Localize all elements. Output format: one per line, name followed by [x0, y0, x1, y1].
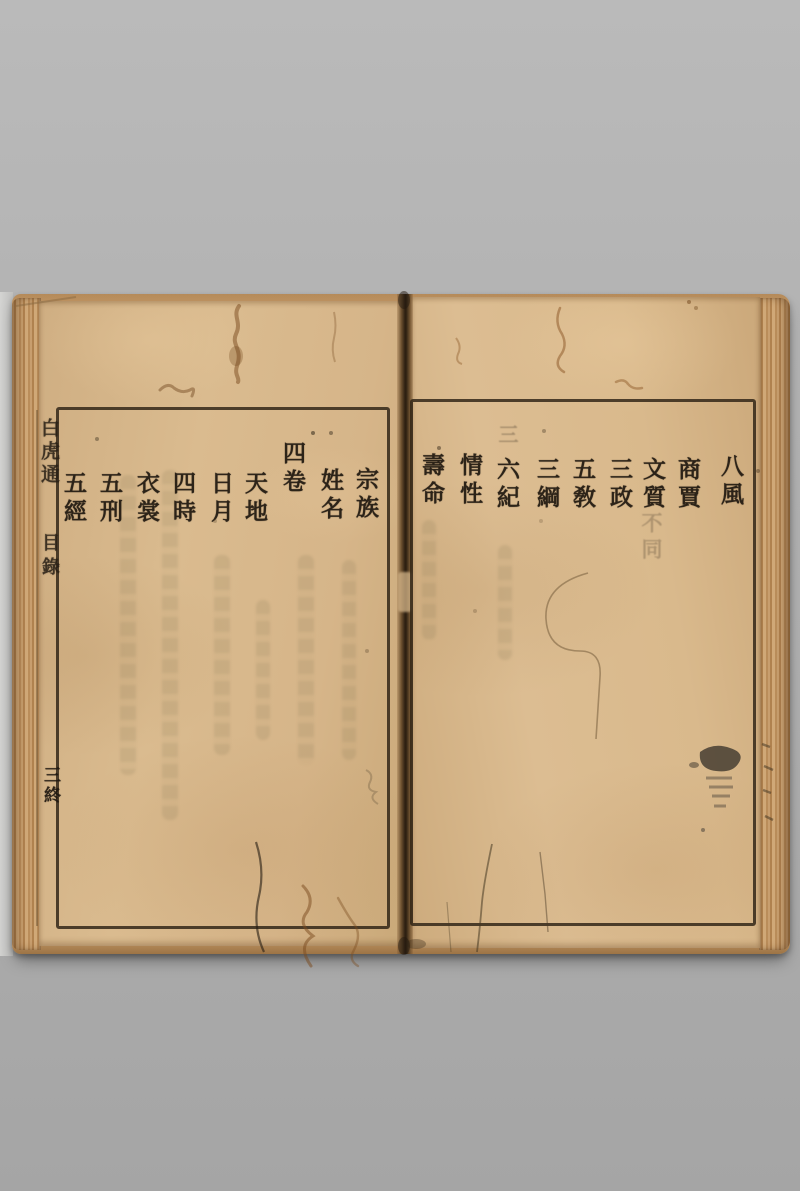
chapter-shouming: 壽命 [419, 453, 442, 509]
showthrough-column [214, 555, 230, 755]
chapter-wujing: 五經 [61, 471, 84, 527]
photograph-of-open-book: 八風 商賈 文質 三政 五敎 三綱 六紀 情性 壽命 三 不同 宗族 姓名 四卷… [0, 0, 800, 1191]
chapter-tiandi: 天地 [242, 471, 265, 527]
chapter-wenzhi: 文質 [640, 457, 663, 513]
volume-four-marker: 四卷 [280, 441, 303, 497]
banxin-book-title: 白虎通 [39, 418, 58, 487]
chapter-wuxing: 五刑 [97, 471, 120, 527]
right-fore-edge-page-stack [759, 298, 790, 950]
chapter-xingming: 姓名 [318, 468, 341, 524]
banxin-section-label: 目錄 [40, 533, 58, 581]
faint-offset-mark: 不同 [640, 512, 661, 564]
showthrough-column [256, 600, 270, 740]
chapter-sangang: 三綱 [534, 457, 557, 513]
banxin-folio-number: 三終 [41, 766, 58, 806]
chapter-zongzu: 宗族 [353, 467, 376, 523]
faint-offset-mark: 三 [497, 424, 517, 449]
foxing-specks [0, 0, 2, 2]
showthrough-column [498, 545, 512, 660]
showthrough-column [422, 520, 436, 640]
chapter-riyue: 日月 [208, 471, 231, 527]
chapter-liuji: 六紀 [494, 457, 517, 513]
chapter-qingxing: 情性 [457, 453, 480, 509]
chapter-wujiao: 五敎 [570, 457, 593, 513]
underleaf-edge-line [36, 410, 38, 926]
chapter-shanggu: 商賈 [675, 457, 698, 513]
chapter-yichang: 衣裳 [134, 471, 157, 527]
chapter-sanzheng: 三政 [607, 457, 630, 513]
showthrough-column [342, 560, 356, 760]
chapter-bafeng: 八風 [718, 454, 741, 510]
chapter-sishi: 四時 [170, 471, 193, 527]
showthrough-column [298, 555, 314, 765]
